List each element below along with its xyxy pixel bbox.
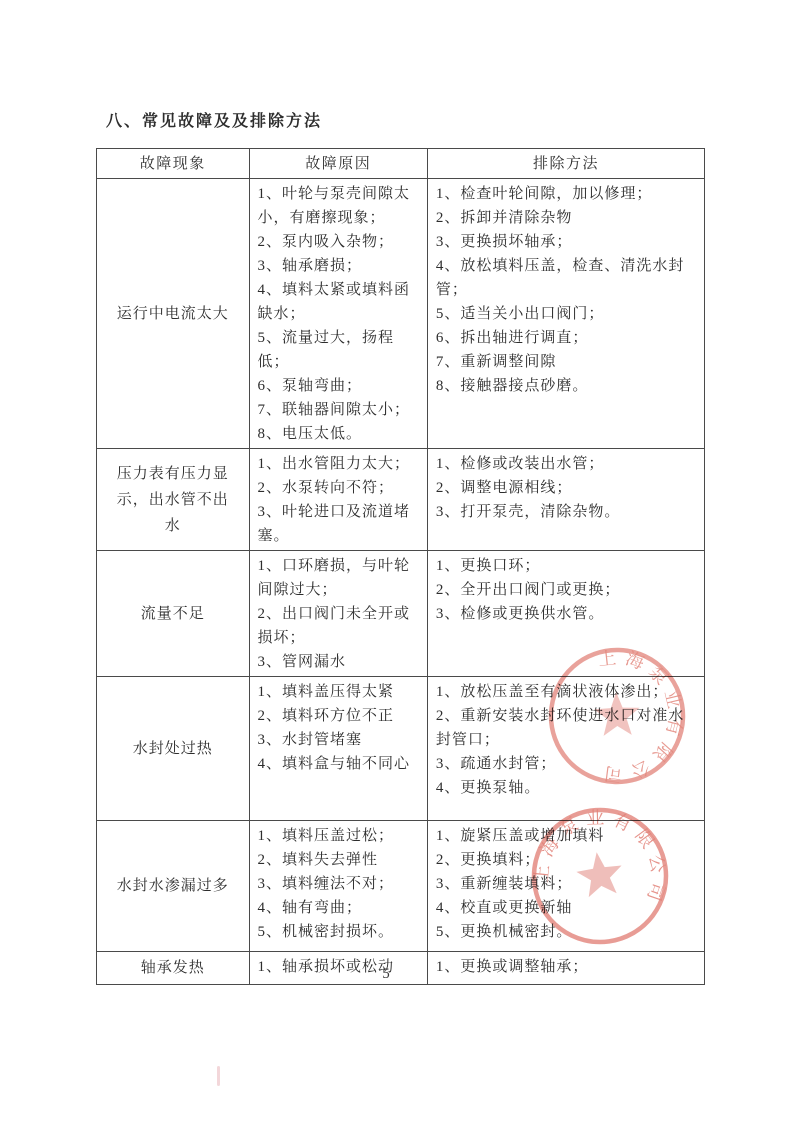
remedy-item: 1、更换或调整轴承； — [436, 955, 698, 979]
remedy-item: 3、更换损坏轴承； — [436, 230, 698, 254]
remedy-item: 2、全开出口阀门或更换； — [436, 578, 698, 602]
cause-item: 2、出口阀门未全开或损坏； — [258, 602, 421, 650]
cause-item: 8、电压太低。 — [258, 422, 421, 446]
cause-item: 3、管网漏水 — [258, 650, 421, 674]
page-number: 5 — [376, 966, 396, 983]
remedy-item: 2、重新安装水封环使进水口对准水封管口； — [436, 704, 698, 752]
cause-item: 3、填料缠法不对； — [258, 872, 421, 896]
document-page: 八、常见故障及及排除方法 故障现象 故障原因 排除方法 运行中电流太大1、叶轮与… — [0, 0, 800, 1131]
cause-item: 4、填料太紧或填料函缺水； — [258, 278, 421, 326]
remedy-item: 2、调整电源相线； — [436, 476, 698, 500]
table-row: 流量不足1、口环磨损，与叶轮间隙过大；2、出口阀门未全开或损坏；3、管网漏水1、… — [97, 550, 704, 676]
causes-cell: 1、填料盖压得太紧2、填料环方位不正3、水封管堵塞4、填料盒与轴不同心 — [249, 677, 427, 820]
remedy-item: 1、检修或改装出水管； — [436, 452, 698, 476]
remedy-item: 6、拆出轴进行调直； — [436, 326, 698, 350]
cause-item: 1、叶轮与泵壳间隙太小，有磨擦现象； — [258, 182, 421, 230]
cause-item: 7、联轴器间隙太小； — [258, 398, 421, 422]
table-header-row: 故障现象 故障原因 排除方法 — [97, 149, 704, 178]
table-row: 轴承发热1、轴承损坏或松动1、更换或调整轴承； — [97, 951, 704, 984]
cause-item: 4、填料盒与轴不同心 — [258, 752, 421, 776]
remedy-item: 3、检修或更换供水管。 — [436, 602, 698, 626]
cause-item: 1、轴承损坏或松动 — [258, 955, 421, 979]
phenomenon-cell: 水封处过热 — [97, 677, 249, 820]
table-row: 压力表有压力显示，出水管不出水1、出水管阻力太大；2、水泵转向不符；3、叶轮进口… — [97, 448, 704, 550]
remedies-cell: 1、检查叶轮间隙，加以修理；2、拆卸并清除杂物3、更换损坏轴承；4、放松填料压盖… — [427, 179, 704, 448]
phenomenon-text: 流量不足 — [141, 601, 205, 627]
cause-item: 1、填料压盖过松； — [258, 824, 421, 848]
cause-item: 2、填料失去弹性 — [258, 848, 421, 872]
remedy-item: 3、疏通水封管； — [436, 752, 698, 776]
cause-item: 3、轴承磨损； — [258, 254, 421, 278]
causes-cell: 1、口环磨损，与叶轮间隙过大；2、出口阀门未全开或损坏；3、管网漏水 — [249, 551, 427, 676]
phenomenon-text: 水封水渗漏过多 — [117, 873, 229, 899]
remedy-item: 3、重新缠装填料； — [436, 872, 698, 896]
remedy-item: 3、打开泵壳，清除杂物。 — [436, 500, 698, 524]
remedy-item: 1、旋紧压盖或增加填料 — [436, 824, 698, 848]
cause-item: 3、叶轮进口及流道堵塞。 — [258, 500, 421, 548]
scan-smudge — [217, 1066, 220, 1086]
remedies-cell: 1、更换或调整轴承； — [427, 952, 704, 984]
remedy-item: 1、放松压盖至有滴状液体渗出； — [436, 680, 698, 704]
remedy-item: 5、更换机械密封。 — [436, 920, 698, 944]
remedies-cell: 1、更换口环；2、全开出口阀门或更换；3、检修或更换供水管。 — [427, 551, 704, 676]
phenomenon-cell: 运行中电流太大 — [97, 179, 249, 448]
cause-item: 6、泵轴弯曲； — [258, 374, 421, 398]
cause-item: 1、出水管阻力太大； — [258, 452, 421, 476]
remedies-cell: 1、检修或改装出水管；2、调整电源相线；3、打开泵壳，清除杂物。 — [427, 449, 704, 550]
table-body: 运行中电流太大1、叶轮与泵壳间隙太小，有磨擦现象；2、泵内吸入杂物；3、轴承磨损… — [97, 178, 704, 984]
remedies-cell: 1、放松压盖至有滴状液体渗出；2、重新安装水封环使进水口对准水封管口；3、疏通水… — [427, 677, 704, 820]
remedy-item: 2、拆卸并清除杂物 — [436, 206, 698, 230]
table-row: 水封处过热1、填料盖压得太紧2、填料环方位不正3、水封管堵塞4、填料盒与轴不同心… — [97, 676, 704, 820]
phenomenon-cell: 压力表有压力显示，出水管不出水 — [97, 449, 249, 550]
remedy-item: 4、更换泵轴。 — [436, 776, 698, 800]
cause-item: 4、轴有弯曲； — [258, 896, 421, 920]
table-row: 水封水渗漏过多1、填料压盖过松；2、填料失去弹性3、填料缠法不对；4、轴有弯曲；… — [97, 820, 704, 951]
causes-cell: 1、出水管阻力太大；2、水泵转向不符；3、叶轮进口及流道堵塞。 — [249, 449, 427, 550]
cause-item: 2、泵内吸入杂物； — [258, 230, 421, 254]
causes-cell: 1、轴承损坏或松动 — [249, 952, 427, 984]
col-header-remedy: 排除方法 — [427, 149, 704, 178]
phenomenon-text: 轴承发热 — [141, 955, 205, 981]
remedies-cell: 1、旋紧压盖或增加填料2、更换填料；3、重新缠装填料；4、校直或更换新轴5、更换… — [427, 821, 704, 951]
section-title: 八、常见故障及及排除方法 — [106, 108, 322, 131]
remedy-item: 4、校直或更换新轴 — [436, 896, 698, 920]
col-header-cause: 故障原因 — [249, 149, 427, 178]
cause-item: 1、口环磨损，与叶轮间隙过大； — [258, 554, 421, 602]
remedy-item: 5、适当关小出口阀门； — [436, 302, 698, 326]
cause-item: 5、流量过大，扬程低； — [258, 326, 421, 374]
phenomenon-text: 水封处过热 — [133, 736, 213, 762]
remedy-item: 4、放松填料压盖，检查、清洗水封管； — [436, 254, 698, 302]
col-header-phenomenon: 故障现象 — [97, 149, 249, 178]
phenomenon-cell: 轴承发热 — [97, 952, 249, 984]
remedy-item: 2、更换填料； — [436, 848, 698, 872]
cause-item: 2、水泵转向不符； — [258, 476, 421, 500]
causes-cell: 1、叶轮与泵壳间隙太小，有磨擦现象；2、泵内吸入杂物；3、轴承磨损；4、填料太紧… — [249, 179, 427, 448]
cause-item: 2、填料环方位不正 — [258, 704, 421, 728]
phenomenon-text: 压力表有压力显示，出水管不出水 — [112, 461, 234, 539]
remedy-item: 7、重新调整间隙 — [436, 350, 698, 374]
cause-item: 3、水封管堵塞 — [258, 728, 421, 752]
causes-cell: 1、填料压盖过松；2、填料失去弹性3、填料缠法不对；4、轴有弯曲；5、机械密封损… — [249, 821, 427, 951]
cause-item: 1、填料盖压得太紧 — [258, 680, 421, 704]
table-row: 运行中电流太大1、叶轮与泵壳间隙太小，有磨擦现象；2、泵内吸入杂物；3、轴承磨损… — [97, 178, 704, 448]
remedy-item: 8、接触器接点砂磨。 — [436, 374, 698, 398]
phenomenon-text: 运行中电流太大 — [117, 301, 229, 327]
fault-table: 故障现象 故障原因 排除方法 运行中电流太大1、叶轮与泵壳间隙太小，有磨擦现象；… — [96, 148, 705, 985]
remedy-item: 1、更换口环； — [436, 554, 698, 578]
phenomenon-cell: 流量不足 — [97, 551, 249, 676]
cause-item: 5、机械密封损坏。 — [258, 920, 421, 944]
phenomenon-cell: 水封水渗漏过多 — [97, 821, 249, 951]
remedy-item: 1、检查叶轮间隙，加以修理； — [436, 182, 698, 206]
